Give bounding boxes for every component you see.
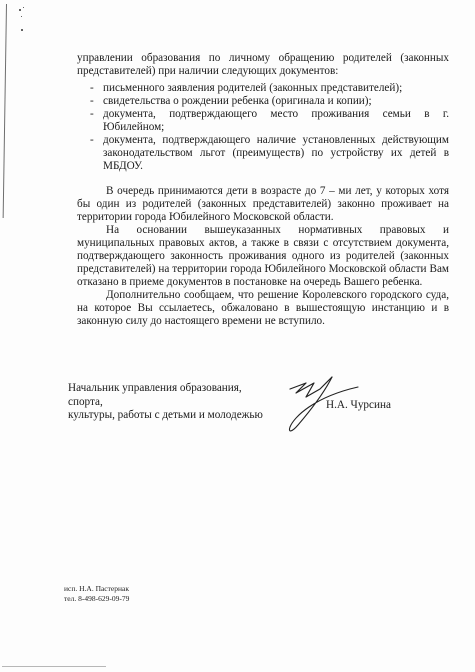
dash-bullet: - [90, 134, 94, 147]
refusal-paragraph: На основании вышеуказанных нормативных п… [77, 224, 449, 289]
scan-speck [21, 16, 22, 17]
list-item-text: документа, подтверждающего место прожива… [103, 108, 449, 133]
scan-speck [23, 7, 24, 8]
signature-block: Начальник управления образования, спорта… [68, 382, 408, 423]
document-page: управлении образования по личному обраще… [0, 0, 475, 672]
court-decision-paragraph: Дополнительно сообщаем, что решение Коро… [77, 289, 449, 328]
list-item: - документа, подтверждающего место прожи… [77, 108, 449, 134]
scan-edge-line [3, 4, 7, 218]
list-item-text: свидетельства о рождении ребенка (оригин… [103, 95, 372, 107]
list-item-text: документа, подтверждающего наличие устан… [103, 134, 449, 172]
scan-bottom-line [2, 666, 106, 667]
list-item: - письменного заявления родителей (закон… [77, 82, 449, 95]
intro-paragraph: управлении образования по личному обраще… [77, 52, 449, 78]
scan-speck [19, 9, 21, 11]
signatory-title: Начальник управления образования, спорта… [68, 382, 278, 423]
executor-info: исп. Н.А. Пастернак тел. 8-498-629-09-79 [64, 584, 129, 603]
age-requirement-paragraph: В очередь принимаются дети в возрасте до… [77, 185, 449, 224]
signatory-title-line: культуры, работы с детьми и молодежью [68, 409, 278, 423]
list-item: - свидетельства о рождении ребенка (ориг… [77, 95, 449, 108]
list-item-text: письменного заявления родителей (законны… [103, 82, 402, 94]
executor-phone: тел. 8-498-629-09-79 [64, 594, 129, 604]
executor-name: исп. Н.А. Пастернак [64, 584, 129, 594]
required-documents-list: - письменного заявления родителей (закон… [77, 82, 449, 173]
dash-bullet: - [90, 95, 94, 108]
scan-speck [21, 29, 23, 31]
signatory-name: Н.А. Чурсина [326, 399, 391, 413]
signatory-title-line: Начальник управления образования, спорта… [68, 382, 278, 409]
list-item: - документа, подтверждающего наличие уст… [77, 134, 449, 173]
dash-bullet: - [90, 108, 94, 121]
letter-body: управлении образования по личному обраще… [77, 52, 449, 328]
dash-bullet: - [90, 82, 94, 95]
